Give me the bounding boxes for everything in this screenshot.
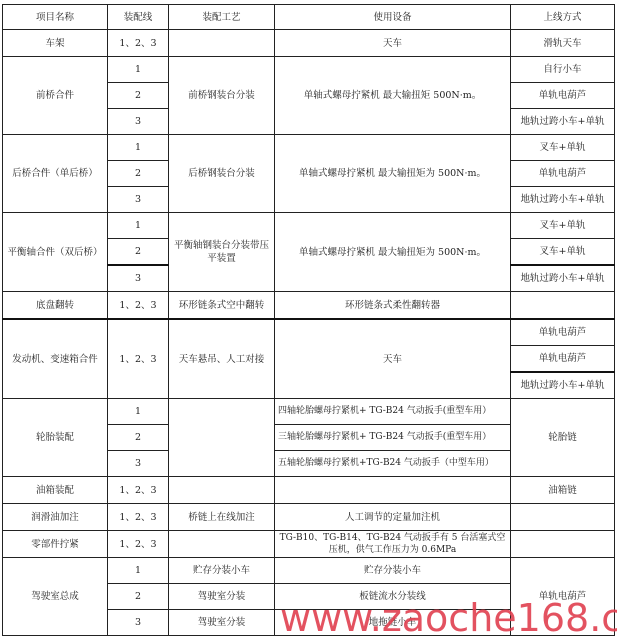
equipment-cell: 环形链条式柔性翻转器 xyxy=(275,292,511,320)
method-cell: 油箱链 xyxy=(511,477,615,504)
table-row-tire: 轮胎装配 1 四轴轮胎螺母拧紧机+ TG-B24 气动扳手(重型车用） 轮胎链 xyxy=(3,399,615,425)
table-row-cab: 驾驶室总成 1 贮存分装小车 贮存分装小车 单轨电葫芦 xyxy=(3,558,615,584)
line-cell: 1、2、3 xyxy=(108,504,169,531)
process-cell: 驾驶室分装 xyxy=(169,610,275,636)
line-cell: 3 xyxy=(108,187,169,213)
table-row-parts-tightening: 零部件拧紧 1、2、3 TG-B10、TG-B14、TG-B24 气动扳手有 5… xyxy=(3,531,615,558)
process-cell: 后桥钢装台分装 xyxy=(169,135,275,213)
table-row-frame: 车架 1、2、3 天车 滑轨天车 xyxy=(3,30,615,57)
equipment-cell: 板链流水分装线 xyxy=(275,584,511,610)
process-cell xyxy=(169,531,275,558)
item-name: 油箱装配 xyxy=(3,477,108,504)
method-cell: 地轨过跨小车+单轨 xyxy=(511,265,615,292)
table-row-rear-axle: 后桥合件（单后桥） 1 后桥钢装台分装 单轴式螺母拧紧机 最大输扭矩为 500N… xyxy=(3,135,615,161)
table-row-balance-shaft: 平衡轴合件（双后桥） 1 平衡轴钢装台分装带压平装置 单轴式螺母拧紧机 最大输扭… xyxy=(3,213,615,239)
table-row-fuel-tank: 油箱装配 1、2、3 油箱链 xyxy=(3,477,615,504)
line-cell: 1 xyxy=(108,399,169,425)
line-cell: 1、2、3 xyxy=(108,30,169,57)
line-cell: 3 xyxy=(108,451,169,477)
line-cell: 2 xyxy=(108,425,169,451)
equipment-cell: 地拖链小车 xyxy=(275,610,511,636)
line-cell: 3 xyxy=(108,109,169,135)
method-cell: 单轨电葫芦 xyxy=(511,83,615,109)
item-name: 润滑油加注 xyxy=(3,504,108,531)
process-cell: 桥链上在线加注 xyxy=(169,504,275,531)
process-cell xyxy=(169,477,275,504)
item-name: 发动机、变速箱合件 xyxy=(3,319,108,399)
method-cell xyxy=(511,531,615,558)
method-cell: 单轨电葫芦 xyxy=(511,319,615,346)
item-name: 驾驶室总成 xyxy=(3,558,108,636)
table-row-chassis-flip: 底盘翻转 1、2、3 环形链条式空中翻转 环形链条式柔性翻转器 xyxy=(3,292,615,320)
item-name: 平衡轴合件（双后桥） xyxy=(3,213,108,292)
method-cell: 单轨电葫芦 xyxy=(511,161,615,187)
method-cell xyxy=(511,292,615,320)
method-cell: 滑轨天车 xyxy=(511,30,615,57)
header-process: 装配工艺 xyxy=(169,5,275,30)
equipment-cell: 五轴轮胎螺母拧紧机+TG-B24 气动扳手（中型车用） xyxy=(275,451,511,477)
equipment-cell: 天车 xyxy=(275,30,511,57)
header-method: 上线方式 xyxy=(511,5,615,30)
line-cell: 1、2、3 xyxy=(108,477,169,504)
equipment-cell xyxy=(275,477,511,504)
process-cell: 贮存分装小车 xyxy=(169,558,275,584)
line-cell: 3 xyxy=(108,610,169,636)
equipment-cell: 人工调节的定量加注机 xyxy=(275,504,511,531)
process-cell: 前桥钢装台分装 xyxy=(169,57,275,135)
process-cell: 天车悬吊、人工对接 xyxy=(169,319,275,399)
line-cell: 1 xyxy=(108,135,169,161)
equipment-cell: 天车 xyxy=(275,319,511,399)
method-cell: 地轨过跨小车+单轨 xyxy=(511,187,615,213)
method-cell: 单轨电葫芦 xyxy=(511,346,615,373)
line-cell: 1、2、3 xyxy=(108,292,169,320)
line-cell: 1 xyxy=(108,213,169,239)
item-name: 后桥合件（单后桥） xyxy=(3,135,108,213)
assembly-table: 项目名称 装配线 装配工艺 使用设备 上线方式 车架 1、2、3 天车 滑轨天车… xyxy=(2,4,615,636)
item-name: 轮胎装配 xyxy=(3,399,108,477)
process-cell xyxy=(169,30,275,57)
header-item-name: 项目名称 xyxy=(3,5,108,30)
table-row-engine: 发动机、变速箱合件 1、2、3 天车悬吊、人工对接 天车 单轨电葫芦 xyxy=(3,319,615,346)
line-cell: 1、2、3 xyxy=(108,531,169,558)
process-cell: 环形链条式空中翻转 xyxy=(169,292,275,320)
process-cell xyxy=(169,399,275,477)
method-cell: 地轨过跨小车+单轨 xyxy=(511,372,615,399)
item-name: 零部件拧紧 xyxy=(3,531,108,558)
line-cell: 1 xyxy=(108,57,169,83)
line-cell: 3 xyxy=(108,265,169,292)
process-cell: 驾驶室分装 xyxy=(169,584,275,610)
line-cell: 2 xyxy=(108,83,169,109)
method-cell: 叉车+单轨 xyxy=(511,239,615,266)
method-cell: 地轨过跨小车+单轨 xyxy=(511,109,615,135)
method-cell: 叉车+单轨 xyxy=(511,135,615,161)
method-cell xyxy=(511,504,615,531)
line-cell: 2 xyxy=(108,239,169,266)
item-name: 车架 xyxy=(3,30,108,57)
header-line: 装配线 xyxy=(108,5,169,30)
item-name: 前桥合件 xyxy=(3,57,108,135)
line-cell: 1 xyxy=(108,558,169,584)
table-row-lubrication: 润滑油加注 1、2、3 桥链上在线加注 人工调节的定量加注机 xyxy=(3,504,615,531)
equipment-cell: 单轴式螺母拧紧机 最大输扭矩为 500N·m。 xyxy=(275,135,511,213)
equipment-cell: 三轴轮胎螺母拧紧机+ TG-B24 气动扳手(重型车用） xyxy=(275,425,511,451)
process-cell: 平衡轴钢装台分装带压平装置 xyxy=(169,213,275,292)
header-row: 项目名称 装配线 装配工艺 使用设备 上线方式 xyxy=(3,5,615,30)
equipment-cell: TG-B10、TG-B14、TG-B24 气动扳手有 5 台活塞式空压机，供气工… xyxy=(275,531,511,558)
line-cell: 1、2、3 xyxy=(108,319,169,399)
method-cell: 叉车+单轨 xyxy=(511,213,615,239)
table-row-front-axle: 前桥合件 1 前桥钢装台分装 单轴式螺母拧紧机 最大输扭矩 500N·m。 自行… xyxy=(3,57,615,83)
item-name: 底盘翻转 xyxy=(3,292,108,320)
equipment-cell: 贮存分装小车 xyxy=(275,558,511,584)
header-equipment: 使用设备 xyxy=(275,5,511,30)
line-cell: 2 xyxy=(108,161,169,187)
line-cell: 2 xyxy=(108,584,169,610)
equipment-cell: 单轴式螺母拧紧机 最大输扭矩 500N·m。 xyxy=(275,57,511,135)
method-cell: 自行小车 xyxy=(511,57,615,83)
method-cell: 单轨电葫芦 xyxy=(511,558,615,636)
equipment-cell: 四轴轮胎螺母拧紧机+ TG-B24 气动扳手(重型车用） xyxy=(275,399,511,425)
equipment-cell: 单轴式螺母拧紧机 最大输扭矩为 500N·m。 xyxy=(275,213,511,292)
method-cell: 轮胎链 xyxy=(511,399,615,477)
